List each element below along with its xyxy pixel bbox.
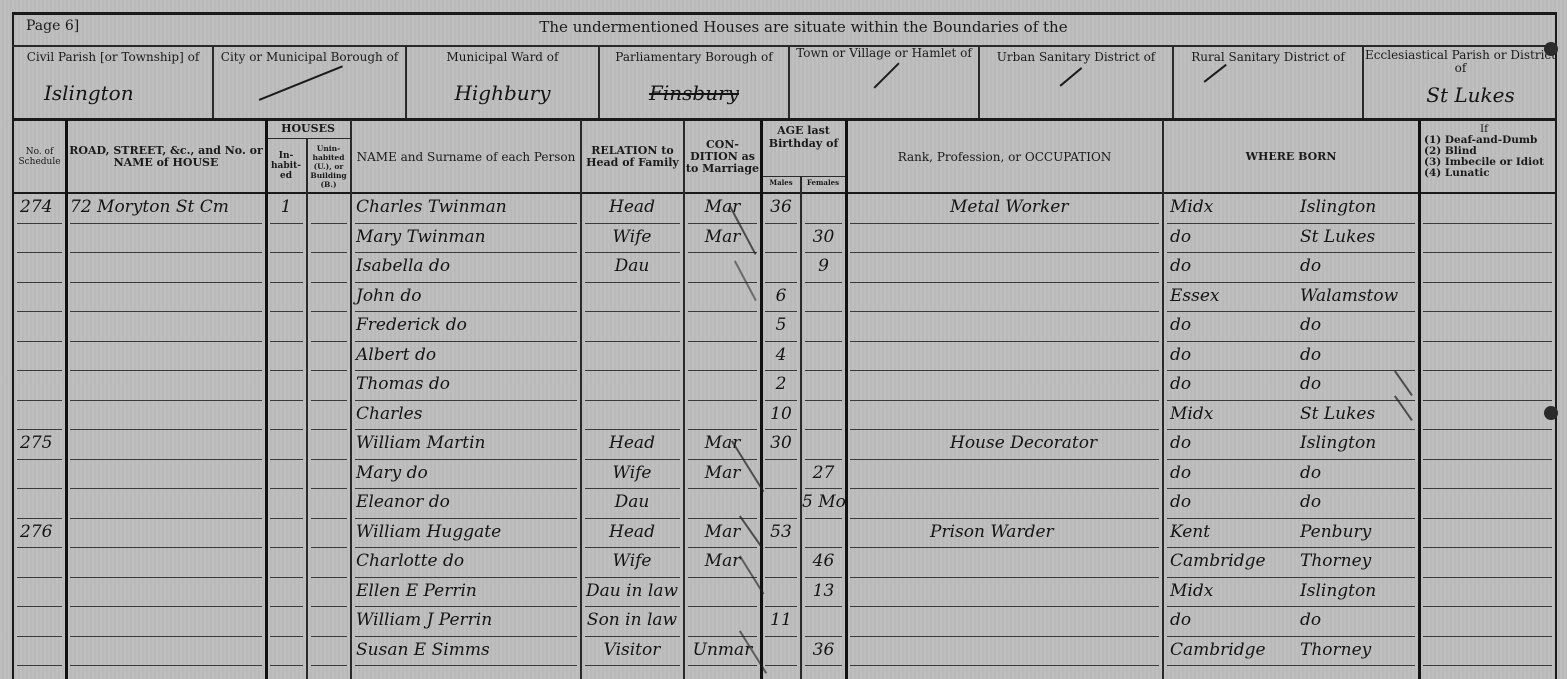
marital-condition: [685, 488, 760, 518]
person-name: William J Perrin: [356, 606, 580, 636]
boundary-town-village: Town or Village or Hamlet of: [790, 47, 978, 117]
row-rule: [850, 665, 1159, 666]
female-age: [802, 606, 845, 636]
marital-condition: Mar: [685, 223, 760, 253]
road-address: [70, 282, 265, 312]
schedule-number: [20, 547, 65, 577]
boundary-label: Parliamentary Borough of: [600, 47, 788, 64]
marital-condition: Mar: [685, 429, 760, 459]
schedule-number: 275: [20, 429, 65, 459]
birth-place: Islington: [1300, 193, 1415, 223]
occupation: Prison Warder: [900, 518, 1192, 548]
person-name: Susan E Simms: [356, 636, 580, 666]
col-header-males: Males: [762, 178, 800, 187]
col-header-relation: RELATION to Head of Family: [582, 122, 683, 192]
col-header-houses: HOUSES: [266, 122, 350, 135]
schedule-number: [20, 606, 65, 636]
table-row: Frederick do5dodo: [0, 311, 1567, 341]
inhabited-count: [266, 429, 306, 459]
birth-county: do: [1170, 370, 1280, 400]
schedule-number: [20, 341, 65, 371]
female-age: [802, 311, 845, 341]
table-row: Thomas do2dodo: [0, 370, 1567, 400]
person-name: John do: [356, 282, 580, 312]
schedule-number: [20, 488, 65, 518]
birth-county: do: [1170, 429, 1280, 459]
occupation: [900, 282, 1212, 312]
person-name: Charles Twinman: [356, 193, 580, 223]
relation-to-head: Son in law: [582, 606, 682, 636]
birth-county: do: [1170, 488, 1280, 518]
relation-to-head: Head: [582, 429, 682, 459]
birth-county: do: [1170, 223, 1280, 253]
col-header-condition: CON-DITION as to Marriage: [685, 122, 760, 192]
row-rule: [765, 665, 797, 666]
road-address: [70, 606, 265, 636]
occupation: [900, 252, 1212, 282]
female-age: [802, 429, 845, 459]
male-age: [762, 488, 800, 518]
person-name: Mary do: [356, 459, 580, 489]
inhabited-count: [266, 606, 306, 636]
strike-mark: [1060, 67, 1082, 86]
occupation: [900, 488, 1212, 518]
marital-condition: [685, 370, 760, 400]
schedule-number: [20, 370, 65, 400]
boundary-label: Ecclesiastical Parish or District of: [1364, 47, 1557, 75]
road-address: [70, 488, 265, 518]
boundary-value: Finsbury: [600, 87, 788, 100]
boundary-ward: Municipal Ward of Highbury: [407, 47, 598, 117]
marital-condition: Mar: [685, 459, 760, 489]
relation-to-head: Dau in law: [582, 577, 682, 607]
col-header-where-born: WHERE BORN: [1164, 122, 1418, 192]
occupation: [900, 547, 1212, 577]
birth-place: St Lukes: [1300, 223, 1415, 253]
female-age: [802, 282, 845, 312]
occupation: [900, 459, 1212, 489]
female-age: 5 Mo: [802, 488, 845, 518]
table-row: Charlotte doWifeMar46CambridgeThorney: [0, 547, 1567, 577]
relation-to-head: Visitor: [582, 636, 682, 666]
relation-to-head: Wife: [582, 459, 682, 489]
row-rule: [1167, 665, 1415, 666]
person-name: Isabella do: [356, 252, 580, 282]
relation-to-head: Head: [582, 193, 682, 223]
male-age: 11: [762, 606, 800, 636]
inhabited-count: [266, 518, 306, 548]
relation-to-head: [582, 400, 682, 430]
schedule-number: 276: [20, 518, 65, 548]
row-rule: [311, 665, 347, 666]
relation-to-head: [582, 311, 682, 341]
birth-county: Essex: [1170, 282, 1280, 312]
birth-county: do: [1170, 606, 1280, 636]
female-age: 27: [802, 459, 845, 489]
row-rule: [70, 665, 262, 666]
male-age: [762, 252, 800, 282]
relation-to-head: Wife: [582, 547, 682, 577]
birth-county: do: [1170, 459, 1280, 489]
marital-condition: [685, 252, 760, 282]
row-rule: [805, 665, 842, 666]
female-age: [802, 341, 845, 371]
inhabited-count: 1: [266, 193, 306, 223]
schedule-number: [20, 223, 65, 253]
male-age: [762, 547, 800, 577]
boundary-rural-sanitary: Rural Sanitary District of: [1174, 47, 1362, 117]
relation-to-head: [582, 370, 682, 400]
female-age: [802, 518, 845, 548]
birth-county: Midx: [1170, 400, 1280, 430]
row-rule: [585, 665, 680, 666]
person-name: Thomas do: [356, 370, 580, 400]
road-address: [70, 252, 265, 282]
male-age: [762, 459, 800, 489]
occupation: [900, 577, 1212, 607]
boundary-value: Highbury: [407, 87, 598, 100]
marital-condition: Mar: [685, 518, 760, 548]
inhabited-count: [266, 547, 306, 577]
page-title: The undermentioned Houses are situate wi…: [0, 18, 1567, 36]
birth-place: do: [1300, 252, 1415, 282]
road-address: [70, 400, 265, 430]
person-name: Eleanor do: [356, 488, 580, 518]
female-age: 46: [802, 547, 845, 577]
table-row: Mary doWifeMar27dodo: [0, 459, 1567, 489]
inhabited-count: [266, 311, 306, 341]
boundary-label: Civil Parish [or Township] of: [14, 47, 212, 64]
birth-county: Midx: [1170, 193, 1280, 223]
birth-county: Cambridge: [1170, 547, 1280, 577]
road-address: [70, 311, 265, 341]
relation-to-head: [582, 341, 682, 371]
road-address: [70, 518, 265, 548]
inhabited-count: [266, 252, 306, 282]
schedule-number: [20, 252, 65, 282]
table-row: William J PerrinSon in law11dodo: [0, 606, 1567, 636]
row-rule: [270, 665, 303, 666]
female-age: [802, 193, 845, 223]
male-age: 2: [762, 370, 800, 400]
birth-place: Islington: [1300, 429, 1415, 459]
occupation: House Decorator: [900, 429, 1212, 459]
person-name: Charles: [356, 400, 580, 430]
male-age: 53: [762, 518, 800, 548]
col-header-females: Females: [801, 178, 845, 187]
divider: [762, 176, 845, 177]
strike-mark: [1204, 64, 1227, 82]
road-address: [70, 459, 265, 489]
occupation: [900, 636, 1212, 666]
schedule-number: [20, 577, 65, 607]
boundary-civil-parish: Civil Parish [or Township] of Islington: [14, 47, 212, 117]
birth-county: Cambridge: [1170, 636, 1280, 666]
male-age: [762, 577, 800, 607]
inhabited-count: [266, 400, 306, 430]
boundary-urban-sanitary: Urban Sanitary District of: [980, 47, 1172, 117]
col-header-schedule: No. of Schedule: [14, 122, 65, 192]
col-header-infirmity: If (1) Deaf-and-Dumb (2) Blind (3) Imbec…: [1424, 124, 1544, 179]
occupation: Metal Worker: [900, 193, 1212, 223]
male-age: 30: [762, 429, 800, 459]
birth-place: do: [1300, 311, 1415, 341]
road-address: [70, 547, 265, 577]
male-age: 4: [762, 341, 800, 371]
relation-to-head: Dau: [582, 252, 682, 282]
birth-place: do: [1300, 606, 1415, 636]
table-row: Eleanor doDau5 Mododo: [0, 488, 1567, 518]
table-row: John do6EssexWalamstow: [0, 282, 1567, 312]
row-rule: [355, 665, 577, 666]
occupation: [900, 223, 1212, 253]
divider: [266, 138, 350, 139]
table-row: Susan E SimmsVisitorUnmar36CambridgeThor…: [0, 636, 1567, 666]
road-address: [70, 429, 265, 459]
relation-to-head: Head: [582, 518, 682, 548]
marital-condition: [685, 400, 760, 430]
col-header-road: ROAD, STREET, &c., and No. or NAME of HO…: [67, 122, 265, 192]
birth-place: Thorney: [1300, 636, 1415, 666]
female-age: 36: [802, 636, 845, 666]
female-age: 30: [802, 223, 845, 253]
row-rule: [688, 665, 757, 666]
occupation: [900, 400, 1212, 430]
birth-county: do: [1170, 252, 1280, 282]
relation-to-head: Dau: [582, 488, 682, 518]
table-row: Mary TwinmanWifeMar30doSt Lukes: [0, 223, 1567, 253]
boundary-value: St Lukes: [1384, 89, 1557, 102]
person-name: Ellen E Perrin: [356, 577, 580, 607]
birth-place: do: [1300, 459, 1415, 489]
inhabited-count: [266, 488, 306, 518]
table-row: 275William MartinHeadMar30House Decorato…: [0, 429, 1567, 459]
col-header-inhabited: In-habit-ed: [266, 140, 306, 192]
birth-county: do: [1170, 341, 1280, 371]
marital-condition: [685, 311, 760, 341]
row-rule: [1423, 665, 1552, 666]
inhabited-count: [266, 577, 306, 607]
person-name: William Huggate: [356, 518, 580, 548]
male-age: 36: [762, 193, 800, 223]
marital-condition: [685, 606, 760, 636]
occupation: [900, 311, 1212, 341]
table-row: Ellen E PerrinDau in law13MidxIslington: [0, 577, 1567, 607]
road-address: 72 Moryton St Cm: [70, 193, 265, 223]
person-name: William Martin: [356, 429, 580, 459]
inhabited-count: [266, 223, 306, 253]
birth-place: St Lukes: [1300, 400, 1415, 430]
marital-condition: Mar: [685, 193, 760, 223]
binding-hole: [1544, 406, 1558, 420]
schedule-number: [20, 459, 65, 489]
schedule-number: 274: [20, 193, 65, 223]
road-address: [70, 341, 265, 371]
boundary-label: Town or Village or Hamlet of: [790, 47, 978, 60]
inhabited-count: [266, 370, 306, 400]
col-header-age: AGE last Birthday of: [762, 124, 845, 150]
inhabited-count: [266, 636, 306, 666]
male-age: 5: [762, 311, 800, 341]
schedule-number: [20, 311, 65, 341]
road-address: [70, 370, 265, 400]
census-page: Page 6] The undermentioned Houses are si…: [0, 0, 1567, 679]
boundary-ecclesiastical-parish: Ecclesiastical Parish or District of St …: [1364, 47, 1557, 117]
divider: [12, 118, 1557, 121]
table-row: Charles10MidxSt Lukes: [0, 400, 1567, 430]
col-header-occupation: Rank, Profession, or OCCUPATION: [847, 122, 1162, 192]
schedule-number: [20, 282, 65, 312]
boundary-label: Municipal Ward of: [407, 47, 598, 64]
boundary-municipal-borough: City or Municipal Borough of: [214, 47, 405, 117]
strike-mark: [259, 65, 343, 100]
boundary-parliamentary-borough: Parliamentary Borough of Finsbury: [600, 47, 788, 117]
person-name: Albert do: [356, 341, 580, 371]
male-age: 6: [762, 282, 800, 312]
male-age: 10: [762, 400, 800, 430]
birth-county: Midx: [1170, 577, 1280, 607]
relation-to-head: Wife: [582, 223, 682, 253]
occupation: [900, 341, 1212, 371]
marital-condition: [685, 577, 760, 607]
person-name: Frederick do: [356, 311, 580, 341]
inhabited-count: [266, 282, 306, 312]
col-header-uninhabited: Unin-habited (U.), or Building (B.): [307, 140, 350, 192]
table-row: Albert do4dodo: [0, 341, 1567, 371]
schedule-number: [20, 400, 65, 430]
boundary-label: Rural Sanitary District of: [1174, 47, 1362, 64]
infirmity-item: (4) Lunatic: [1424, 168, 1544, 179]
occupation: [900, 606, 1212, 636]
female-age: [802, 400, 845, 430]
table-row: 276William HuggateHeadMar53Prison Warder…: [0, 518, 1567, 548]
male-age: [762, 223, 800, 253]
female-age: 9: [802, 252, 845, 282]
inhabited-count: [266, 341, 306, 371]
male-age: [762, 636, 800, 666]
person-name: Mary Twinman: [356, 223, 580, 253]
road-address: [70, 636, 265, 666]
boundary-label: City or Municipal Borough of: [214, 47, 405, 64]
birth-place: Islington: [1300, 577, 1415, 607]
birth-place: Walamstow: [1300, 282, 1415, 312]
birth-place: Penbury: [1300, 518, 1415, 548]
table-row: Isabella doDau9dodo: [0, 252, 1567, 282]
col-header-name: NAME and Surname of each Person: [352, 122, 580, 192]
road-address: [70, 577, 265, 607]
female-age: 13: [802, 577, 845, 607]
female-age: [802, 370, 845, 400]
birth-place: Thorney: [1300, 547, 1415, 577]
strike-mark: [873, 62, 899, 88]
road-address: [70, 223, 265, 253]
marital-condition: Unmar: [685, 636, 760, 666]
marital-condition: [685, 341, 760, 371]
boundary-label: Urban Sanitary District of: [980, 47, 1172, 64]
binding-hole: [1544, 42, 1558, 56]
inhabited-count: [266, 459, 306, 489]
schedule-number: [20, 636, 65, 666]
boundary-value: Islington: [44, 87, 212, 100]
person-name: Charlotte do: [356, 547, 580, 577]
occupation: [900, 370, 1212, 400]
relation-to-head: [582, 282, 682, 312]
birth-place: do: [1300, 341, 1415, 371]
birth-county: Kent: [1170, 518, 1280, 548]
table-row: 27472 Moryton St Cm1Charles TwinmanHeadM…: [0, 193, 1567, 223]
row-rule: [17, 665, 62, 666]
birth-county: do: [1170, 311, 1280, 341]
birth-place: do: [1300, 488, 1415, 518]
